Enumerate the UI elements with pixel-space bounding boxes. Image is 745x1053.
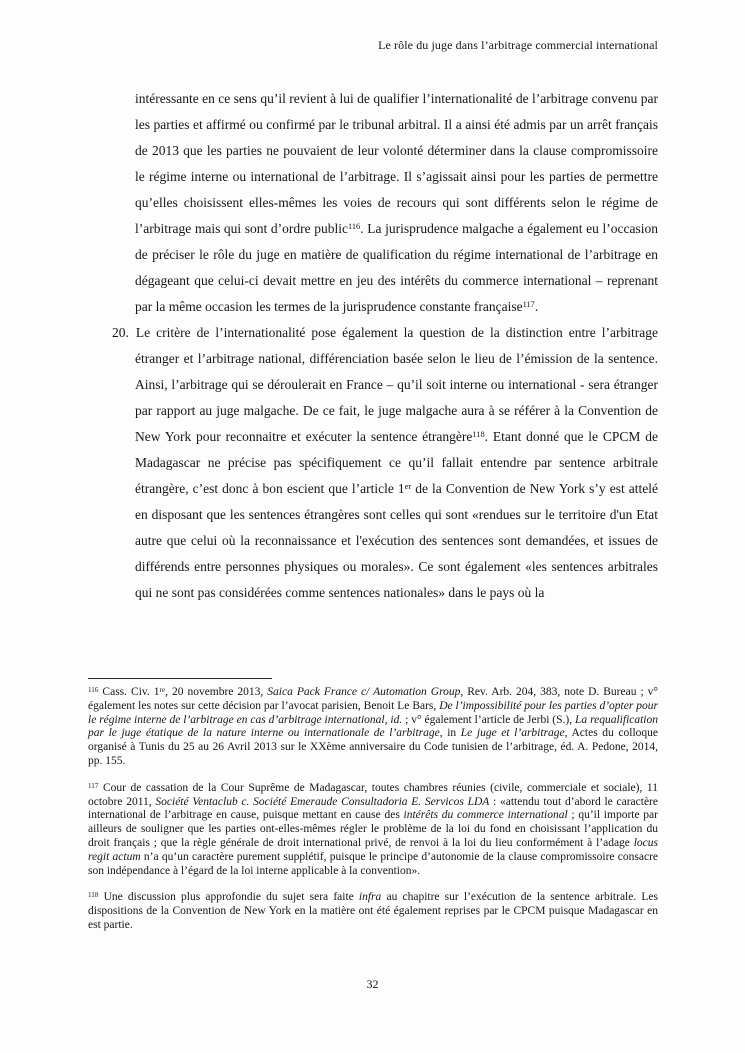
italic-run: intérêts du commerce international [404,809,568,821]
text-run: ; v° également l’article de Jerbi (S.), [402,714,575,726]
italic-run: Le juge et l’arbitrage [461,727,565,739]
text-run: n’a qu’un caractère purement supplétif, … [88,851,658,877]
body-paragraph-20: 20.Le critère de l’internationalité pose… [135,320,658,606]
page-body: intéressante en ce sens qu’il revient à … [135,86,658,606]
text-run: intéressante en ce sens qu’il revient à … [135,91,658,236]
superscript-run: 118 [88,891,98,899]
text-run: . [535,299,538,314]
superscript-run: 117 [523,300,535,309]
italic-run: Saica Pack France c/ Automation Group [267,686,460,698]
text-run: Le critère de l’internationalité pose ég… [135,325,658,444]
footnote-116: 116 Cass. Civ. 1re, 20 novembre 2013, Sa… [88,686,658,769]
paragraph-number: 20. [112,325,129,340]
footnote-118: 118 Une discussion plus approfondie du s… [88,891,658,932]
text-run: Une discussion plus approfondie du sujet… [98,891,358,903]
italic-run: id. [390,714,402,726]
superscript-run: 116 [88,686,98,694]
page-number: 32 [0,977,745,992]
body-paragraph-19: intéressante en ce sens qu’il revient à … [135,86,658,320]
document-page: Le rôle du juge dans l’arbitrage commerc… [0,0,745,1053]
footnotes-section: 116 Cass. Civ. 1re, 20 novembre 2013, Sa… [88,686,658,946]
text-run: , in [440,727,461,739]
superscript-run: 116 [348,222,360,231]
superscript-run: 117 [88,782,98,790]
text-run: Cass. Civ. 1 [98,686,159,698]
text-run: , 20 novembre 2013, [165,686,267,698]
superscript-run: re [160,686,166,694]
running-header: Le rôle du juge dans l’arbitrage commerc… [135,38,658,53]
italic-run: infra [359,891,381,903]
footnote-117: 117 Cour de cassation de la Cour Suprême… [88,782,658,879]
superscript-run: er [405,482,412,491]
footnote-separator [88,678,272,679]
text-run: de la Convention de New York s’y est att… [135,481,658,600]
italic-run: Société Ventaclub c. Société Emeraude Co… [155,796,489,808]
paragraph-20-text: Le critère de l’internationalité pose ég… [135,325,658,600]
superscript-run: 118 [472,430,484,439]
